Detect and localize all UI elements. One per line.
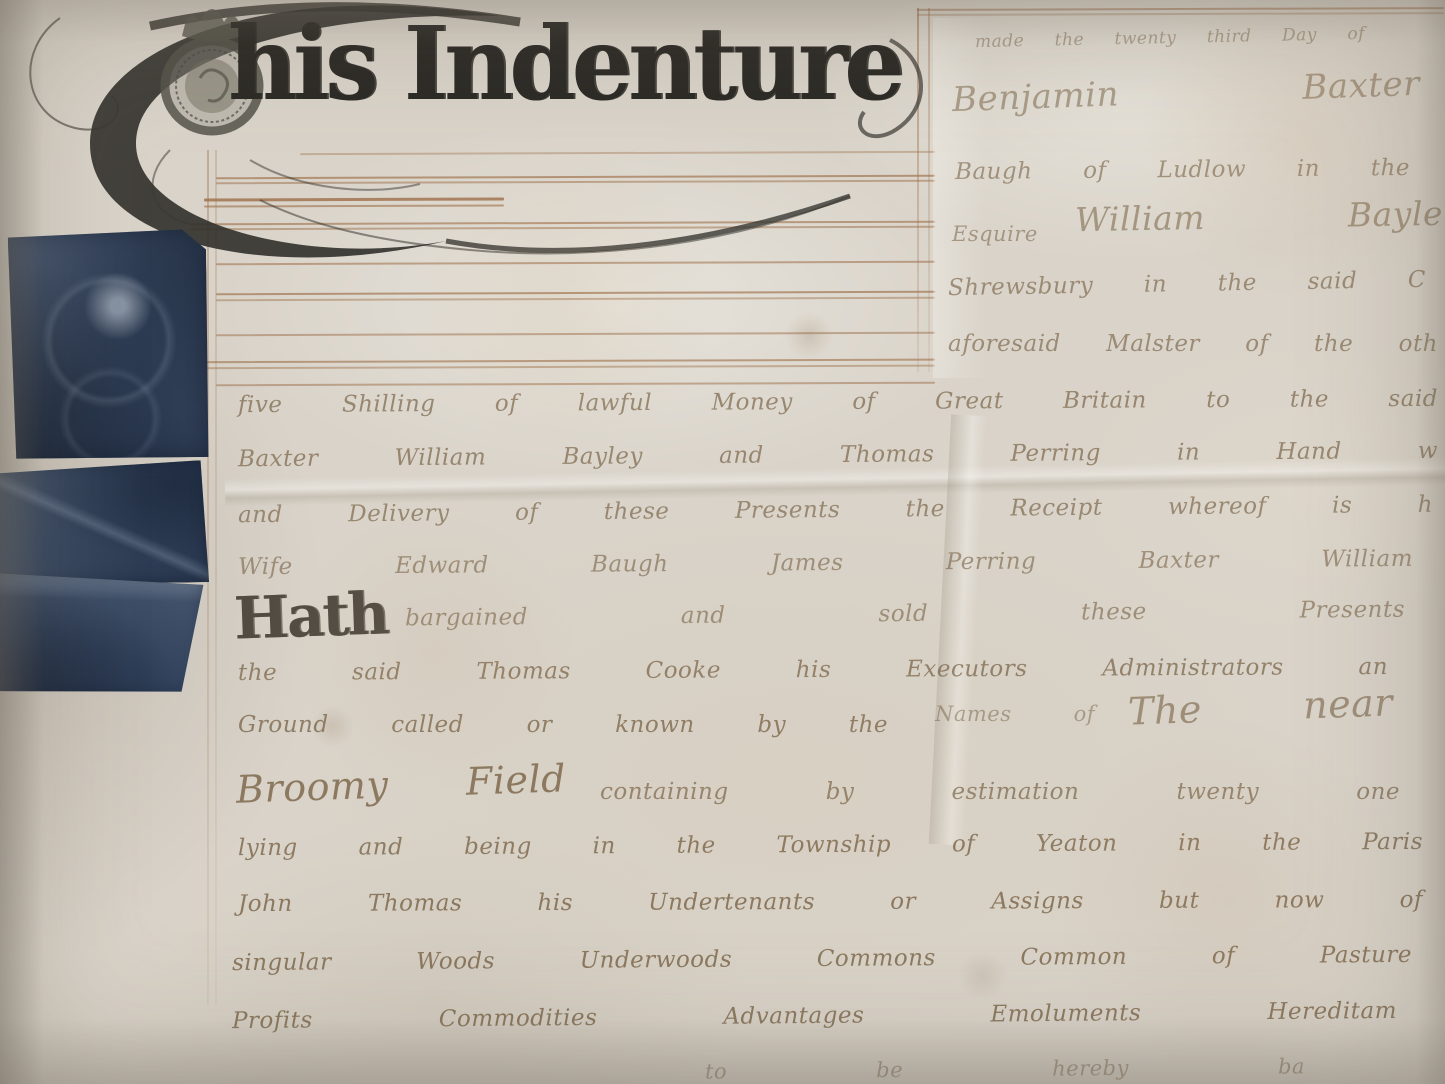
script-line-delivery: and Delivery of these Presents the Recei… <box>238 493 1433 528</box>
script-line-the-near: The near <box>1127 683 1393 732</box>
script-line-undertenants: John Thomas his Undertenants or Assigns … <box>238 888 1423 916</box>
script-line-date: made the twenty third Day of <box>975 26 1365 52</box>
ruled-line <box>216 291 935 296</box>
script-line-bargained-sold: bargained and sold these Presents <box>405 598 1405 631</box>
ruled-line <box>216 382 935 387</box>
script-line-thomas-cooke: the said Thomas Cooke his Executors Admi… <box>238 655 1388 685</box>
script-line-esquire: Esquire <box>952 223 1047 245</box>
script-line-malster: aforesaid Malster of the oth <box>948 332 1438 356</box>
script-line-william-bayley: William Bayle <box>1075 197 1444 238</box>
title-text: his Indenture <box>228 14 901 115</box>
script-line-broomy-field: Broomy Field <box>235 759 566 810</box>
fold-highlight-band <box>933 18 987 378</box>
script-line-wife-edward-baugh: Wife Edward Baugh James Perring Baxter W… <box>238 547 1413 579</box>
script-line-ground-called: Ground called or known by the <box>238 713 888 737</box>
script-line-parties: Baxter William Bayley and Thomas Perring… <box>238 439 1438 472</box>
parchment-document-photo: his Indenture made the twenty third Day … <box>0 0 1445 1084</box>
script-line-partial-bottom: to be hereby ba <box>705 1055 1305 1082</box>
ruled-line <box>216 332 935 337</box>
ruled-line <box>155 365 935 370</box>
script-line-estimation: containing by estimation twenty one <box>600 780 1400 804</box>
column-top-rule <box>917 12 1444 16</box>
script-line-profits-commodities: Profits Commodities Advantages Emolument… <box>232 999 1397 1033</box>
blue-stamp-lower-top <box>0 460 209 586</box>
script-line-name-benjamin-baxter: Benjamin Baxter <box>952 67 1421 119</box>
word-hath: Hath <box>233 579 389 652</box>
ruled-line <box>216 297 935 302</box>
script-line-woods-underwoods: singular Woods Underwoods Commons Common… <box>232 943 1412 975</box>
script-line-consideration: five Shilling of lawful Money of Great B… <box>238 387 1438 417</box>
script-line-shrewsbury: Shrewsbury in the said C <box>948 268 1426 300</box>
script-line-township-yeaton: lying and being in the Township of Yeato… <box>238 830 1423 860</box>
margin-rule-left <box>215 150 217 1005</box>
blue-stamp-lower-bottom <box>0 573 204 697</box>
script-line-baugh-ludlow: Baugh of Ludlow in the <box>955 156 1410 184</box>
blue-stamp-upper <box>8 229 211 461</box>
column-top-rule <box>917 7 1444 11</box>
script-line-names-of: Names of <box>935 703 1095 725</box>
ruled-line <box>155 359 935 364</box>
